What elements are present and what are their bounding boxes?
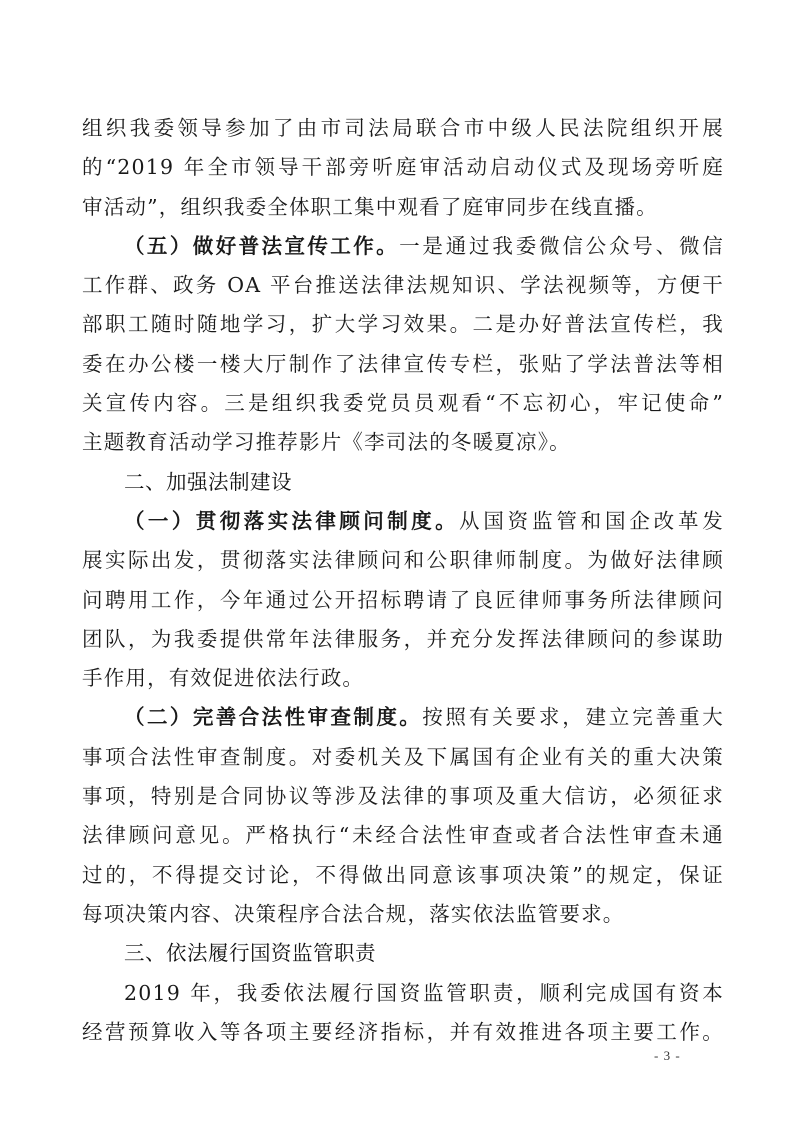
paragraph-line: 手作用，有效促进依法行政。	[82, 659, 724, 698]
subsection-one-line: （一）贯彻落实法律顾问制度。从国资监管和国企改革发	[82, 502, 724, 541]
line-text: 经营预算收入等各项主要经济指标，并有效推进各项主要工作。	[82, 1020, 724, 1044]
line-text: 部职工随时随地学习，扩大学习效果。二是办好普法宣传栏，我	[82, 312, 724, 336]
section-heading-two: 二、加强法制建设	[82, 463, 724, 502]
line-text: 事项合法性审查制度。对委机关及下属国有企业有关的重大决策	[82, 745, 724, 769]
document-page: 组织我委领导参加了由市司法局联合市中级人民法院组织开展 的“2019 年全市领导…	[0, 0, 800, 1132]
line-text: 展实际出发，贯彻落实法律顾问和公职律师制度。为做好法律顾	[82, 548, 724, 572]
section-heading-text: 二、加强法制建设	[124, 470, 292, 494]
section-heading-text: 三、依法履行国资监管职责	[124, 941, 376, 965]
paragraph-line: 问聘用工作，今年通过公开招标聘请了良匠律师事务所法律顾问	[82, 581, 724, 620]
line-text: 一是通过我委微信公众号、微信	[399, 234, 724, 258]
paragraph-line: 事项合法性审查制度。对委机关及下属国有企业有关的重大决策	[82, 738, 724, 777]
subsection-two-line: （二）完善合法性审查制度。按照有关要求，建立完善重大	[82, 698, 724, 737]
line-text: 2019 年，我委依法履行国资监管职责，顺利完成国有资本	[124, 981, 724, 1005]
line-text: 问聘用工作，今年通过公开招标聘请了良匠律师事务所法律顾问	[82, 588, 724, 612]
line-text: 主题教育活动学习推荐影片《李司法的冬暖夏凉》。	[82, 430, 571, 454]
paragraph-line: 主题教育活动学习推荐影片《李司法的冬暖夏凉》。	[82, 423, 724, 462]
line-text: 委在办公楼一楼大厅制作了法律宣传专栏，张贴了学法普法等相	[82, 352, 724, 376]
line-text: 过的，不得提交讨论，不得做出同意该事项决策”的规定，保证	[82, 863, 724, 887]
section-heading-three: 三、依法履行国资监管职责	[82, 934, 724, 973]
page-number: - 3 -	[654, 1048, 681, 1064]
paragraph-line: 过的，不得提交讨论，不得做出同意该事项决策”的规定，保证	[82, 856, 724, 895]
line-text: 组织我委领导参加了由市司法局联合市中级人民法院组织开展	[82, 116, 724, 140]
line-text: 按照有关要求，建立完善重大	[422, 705, 724, 729]
line-text: 关宣传内容。三是组织我委党员员观看“不忘初心，牢记使命”	[82, 391, 724, 415]
line-text: 事项，特别是合同协议等涉及法律的事项及重大信访，必须征求	[82, 784, 724, 808]
subsection-two-heading: （二）完善合法性审查制度。	[124, 705, 422, 729]
paragraph-line: 法律顾问意见。严格执行“未经合法性审查或者合法性审查未通	[82, 816, 724, 855]
line-text: 每项决策内容、决策程序合法合规，落实依法监管要求。	[82, 902, 625, 926]
paragraph-line: 的“2019 年全市领导干部旁听庭审活动启动仪式及现场旁听庭	[82, 148, 724, 187]
paragraph-line: 关宣传内容。三是组织我委党员员观看“不忘初心，牢记使命”	[82, 384, 724, 423]
subsection-five-line: （五）做好普法宣传工作。一是通过我委微信公众号、微信	[82, 227, 724, 266]
line-text: 审活动”，组织我委全体职工集中观看了庭审同步在线直播。	[82, 195, 658, 219]
line-text: 手作用，有效促进依法行政。	[82, 666, 364, 690]
paragraph-line: 展实际出发，贯彻落实法律顾问和公职律师制度。为做好法律顾	[82, 541, 724, 580]
paragraph-line: 2019 年，我委依法履行国资监管职责，顺利完成国有资本	[82, 974, 724, 1013]
paragraph-line: 事项，特别是合同协议等涉及法律的事项及重大信访，必须征求	[82, 777, 724, 816]
paragraph-line: 团队，为我委提供常年法律服务，并充分发挥法律顾问的参谋助	[82, 620, 724, 659]
line-text: 工作群、政务 OA 平台推送法律法规知识、学法视频等，方便干	[82, 273, 724, 297]
line-text: 团队，为我委提供常年法律服务，并充分发挥法律顾问的参谋助	[82, 627, 724, 651]
paragraph-line: 工作群、政务 OA 平台推送法律法规知识、学法视频等，方便干	[82, 266, 724, 305]
paragraph-line: 组织我委领导参加了由市司法局联合市中级人民法院组织开展	[82, 109, 724, 148]
paragraph-line: 审活动”，组织我委全体职工集中观看了庭审同步在线直播。	[82, 188, 724, 227]
paragraph-line: 每项决策内容、决策程序合法合规，落实依法监管要求。	[82, 895, 724, 934]
subsection-one-heading: （一）贯彻落实法律顾问制度。	[124, 509, 459, 533]
paragraph-line: 经营预算收入等各项主要经济指标，并有效推进各项主要工作。	[82, 1013, 724, 1052]
line-text: 从国资监管和国企改革发	[459, 509, 724, 533]
line-text: 法律顾问意见。严格执行“未经合法性审查或者合法性审查未通	[82, 823, 724, 847]
paragraph-line: 部职工随时随地学习，扩大学习效果。二是办好普法宣传栏，我	[82, 305, 724, 344]
subsection-five-heading: （五）做好普法宣传工作。	[124, 234, 399, 258]
line-text: 的“2019 年全市领导干部旁听庭审活动启动仪式及现场旁听庭	[82, 155, 724, 179]
document-body: 组织我委领导参加了由市司法局联合市中级人民法院组织开展 的“2019 年全市领导…	[82, 109, 724, 1052]
paragraph-line: 委在办公楼一楼大厅制作了法律宣传专栏，张贴了学法普法等相	[82, 345, 724, 384]
